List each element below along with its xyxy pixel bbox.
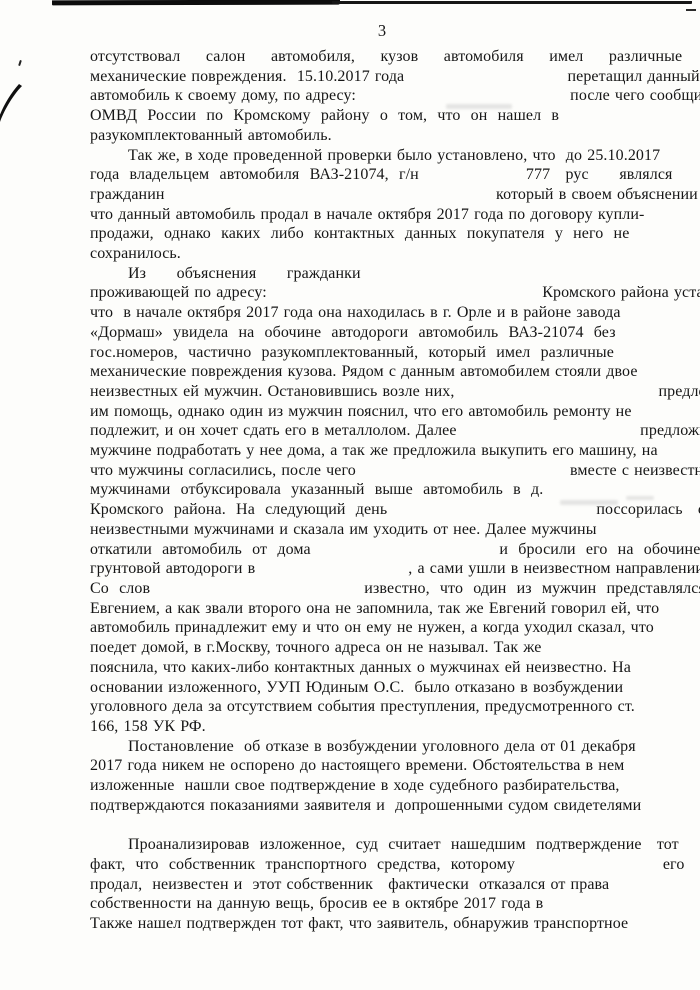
text-line: сохранилось. <box>90 244 690 264</box>
text-line: пояснила, что каких-либо контактных данн… <box>90 658 690 678</box>
text-line: продал, неизвестен и этот собственник фа… <box>90 875 690 895</box>
text-line: Евгением, а как звали второго она не зап… <box>90 599 690 619</box>
redaction-smudge <box>560 500 618 505</box>
text-line: факт, что собственник транспортного сред… <box>90 855 690 875</box>
text-line: изложенные нашли свое подтверждение в хо… <box>90 776 690 796</box>
text-line: Постановление об отказе в возбуждении уг… <box>90 737 690 757</box>
text-line: мужчине подработать у нее дома, а так же… <box>90 441 690 461</box>
text-line: подтверждаются показаниями заявителя и д… <box>90 796 690 816</box>
text-line: 166, 158 УК РФ. <box>90 717 690 737</box>
pen-mark <box>0 82 26 124</box>
scan-edge-bar <box>332 1 692 4</box>
page-number: 3 <box>90 21 674 41</box>
text-line: основании изложенного, УУП Юдиным О.С. б… <box>90 678 690 698</box>
text-line: автомобиль принадлежит ему и что он ему … <box>90 618 690 638</box>
text-line: гос.номеров, частично разукомплектованны… <box>90 343 690 363</box>
text-line: Так же, в ходе проведенной проверки было… <box>90 146 690 166</box>
text-line: неизвестными мужчинами и сказала им уход… <box>90 520 690 540</box>
text-line: что мужчины согласились, после чего вмес… <box>90 461 690 481</box>
text-line: проживающей по адресу: Кромского района … <box>90 283 690 303</box>
text-line <box>90 815 690 835</box>
text-line: уголовного дела за отсутствием события п… <box>90 697 690 717</box>
text-line: что данный автомобиль продал в начале ок… <box>90 205 690 225</box>
scan-edge-bar <box>52 0 340 5</box>
text-line: подлежит, и он хочет сдать его в металло… <box>90 421 690 441</box>
text-line: грунтовой автодороги в , а сами ушли в н… <box>90 559 690 579</box>
redaction-smudge <box>626 496 654 500</box>
ink-speck <box>18 60 22 66</box>
text-line: Также нашел подтвержден тот факт, что за… <box>90 914 690 934</box>
text-line: Со слов известно, что один из мужчин пре… <box>90 579 690 599</box>
scan-edge-dash <box>686 9 696 11</box>
text-line: откатили автомобиль от дома и бросили ег… <box>90 540 690 560</box>
text-line: механические повреждения кузова. Рядом с… <box>90 362 690 382</box>
text-line: автомобиль к своему дому, по адресу: пос… <box>90 86 690 106</box>
text-line: поедет домой, в г.Москву, точного адреса… <box>90 638 690 658</box>
text-line: «Дормаш» увидела на обочине автодороги а… <box>90 323 690 343</box>
text-line: что в начале октября 2017 года она наход… <box>90 303 690 323</box>
text-line: продажи, однако каких либо контактных да… <box>90 224 690 244</box>
text-line: года владельцем автомобиля ВАЗ-21074, г/… <box>90 165 690 185</box>
text-line: 2017 года никем не оспорено до настоящег… <box>90 756 690 776</box>
text-line: отсутствовал салон автомобиля, кузов авт… <box>90 47 690 67</box>
text-line: ОМВД России по Кромскому району о том, ч… <box>90 106 690 126</box>
text-line: им помощь, однако один из мужчин пояснил… <box>90 402 690 422</box>
scanned-page: 3 отсутствовал салон автомобиля, кузов а… <box>0 0 700 990</box>
document-text: отсутствовал салон автомобиля, кузов авт… <box>90 47 690 934</box>
text-line: мужчинами отбуксировала указанный выше а… <box>90 480 690 500</box>
text-line: механические повреждения. 15.10.2017 год… <box>90 67 690 87</box>
text-line: неизвестных ей мужчин. Остановившись воз… <box>90 382 690 402</box>
text-line: гражданин который в своем объяснении поя… <box>90 185 690 205</box>
redaction-smudge <box>446 104 512 109</box>
text-line: разукомплектованный автомобиль. <box>90 126 690 146</box>
text-line: Из объяснения гражданки <box>90 264 690 284</box>
text-line: Проанализировав изложенное, суд считает … <box>90 835 690 855</box>
text-line: собственности на данную вещь, бросив ее … <box>90 894 690 914</box>
